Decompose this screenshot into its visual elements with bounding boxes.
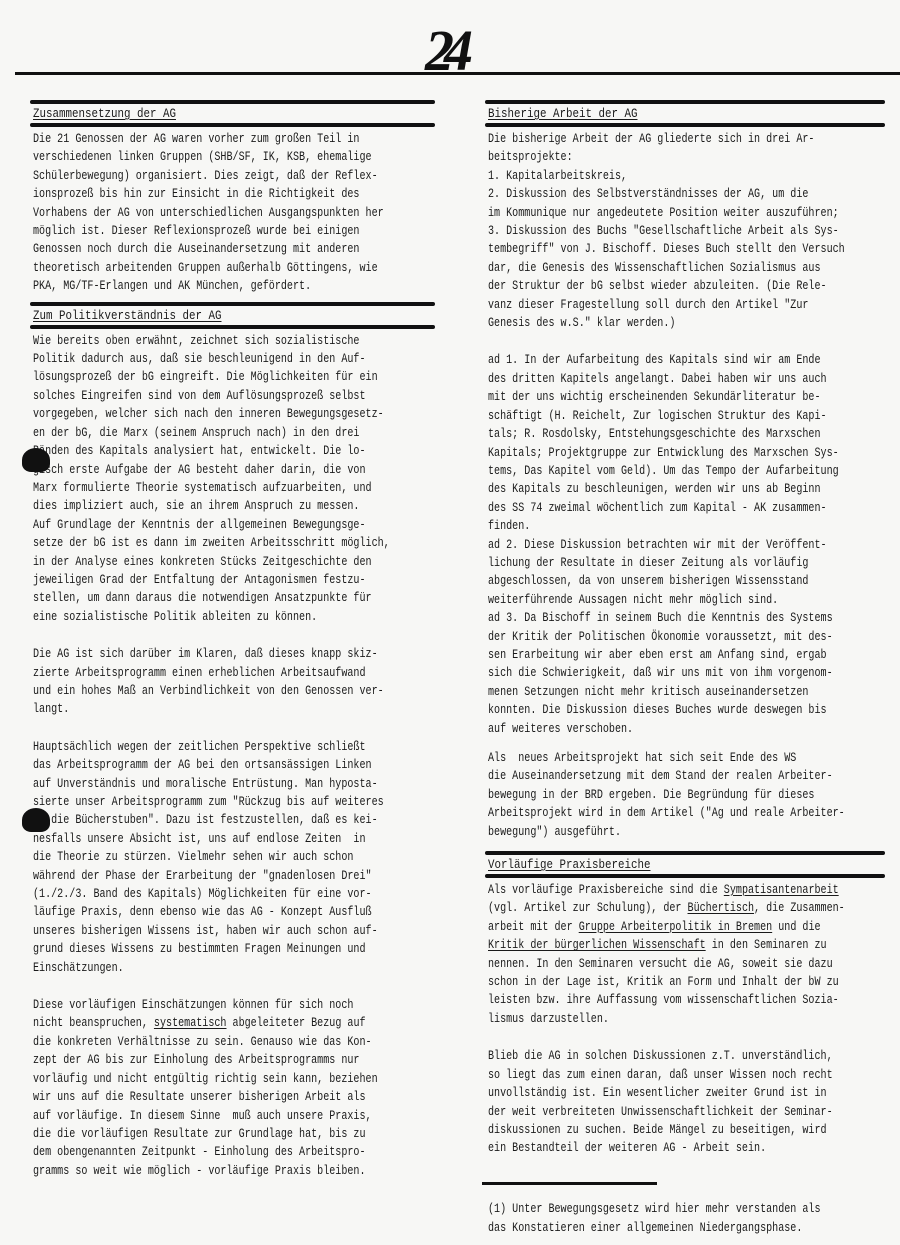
paragraph-politik-4: Diese vorläufigen Einschätzungen können …	[33, 996, 355, 1180]
underlined-systematisch: systematisch	[154, 1016, 227, 1030]
underlined-buechertisch: Büchertisch	[688, 901, 755, 915]
punch-hole-mark	[22, 448, 50, 472]
paragraph-politik-3: Hauptsächlich wegen der zeitlichen Persp…	[33, 738, 355, 977]
punch-hole-mark	[22, 808, 50, 832]
footnote: (1) Unter Bewegungsgesetz wird hier mehr…	[488, 1200, 821, 1238]
section-rule	[30, 325, 435, 329]
section-rule	[485, 874, 885, 878]
section-title-politikverstaendnis: Zum Politikverständnis der AG	[33, 309, 379, 323]
section-title-praxisbereiche: Vorläufige Praxisbereiche	[488, 858, 829, 872]
underlined-kritik-wissenschaft: Kritik der bürgerlichen Wissenschaft	[488, 938, 706, 952]
paragraph-politik-1: Wie bereits oben erwähnt, zeichnet sich …	[33, 332, 355, 627]
text: abgeleiteter Bezug auf die konkreten Ver…	[33, 1016, 378, 1177]
section-title-bisherige-arbeit: Bisherige Arbeit der AG	[488, 107, 829, 121]
paragraph-praxis-2: Blieb die AG in solchen Diskussionen z.T…	[488, 1047, 806, 1157]
section-title-zusammensetzung: Zusammensetzung der AG	[33, 107, 379, 121]
paragraph-zusammensetzung: Die 21 Genossen der AG waren vorher zum …	[33, 130, 355, 296]
left-column: Zusammensetzung der AG Die 21 Genossen d…	[30, 100, 435, 1180]
footnote-rule	[482, 1182, 657, 1185]
text: Als vorläufige Praxisbereiche sind die	[488, 883, 724, 897]
section-rule	[485, 123, 885, 127]
right-column: Bisherige Arbeit der AG Die bisherige Ar…	[485, 100, 885, 1158]
text: (vgl. Artikel zur Schulung), der	[488, 901, 688, 915]
section-rule	[30, 302, 435, 306]
section-rule	[30, 123, 435, 127]
section-rule	[485, 851, 885, 855]
paragraph-bisherige-1: Die bisherige Arbeit der AG gliederte si…	[488, 130, 806, 332]
section-rule	[30, 100, 435, 104]
underlined-gruppe-arbeiterpolitik: Gruppe Arbeiterpolitik in Bremen	[579, 920, 772, 934]
section-rule	[485, 100, 885, 104]
header-rule	[15, 72, 900, 75]
text: und die	[772, 920, 820, 934]
paragraph-politik-2: Die AG ist sich darüber im Klaren, daß d…	[33, 645, 355, 719]
underlined-sympatisantenarbeit: Sympatisantenarbeit	[724, 883, 839, 897]
paragraph-bisherige-2: ad 1. In der Aufarbeitung des Kapitals s…	[488, 351, 806, 738]
paragraph-praxis-1: Als vorläufige Praxisbereiche sind die S…	[488, 881, 806, 1028]
paragraph-bisherige-3: Als neues Arbeitsprojekt hat sich seit E…	[488, 749, 806, 841]
